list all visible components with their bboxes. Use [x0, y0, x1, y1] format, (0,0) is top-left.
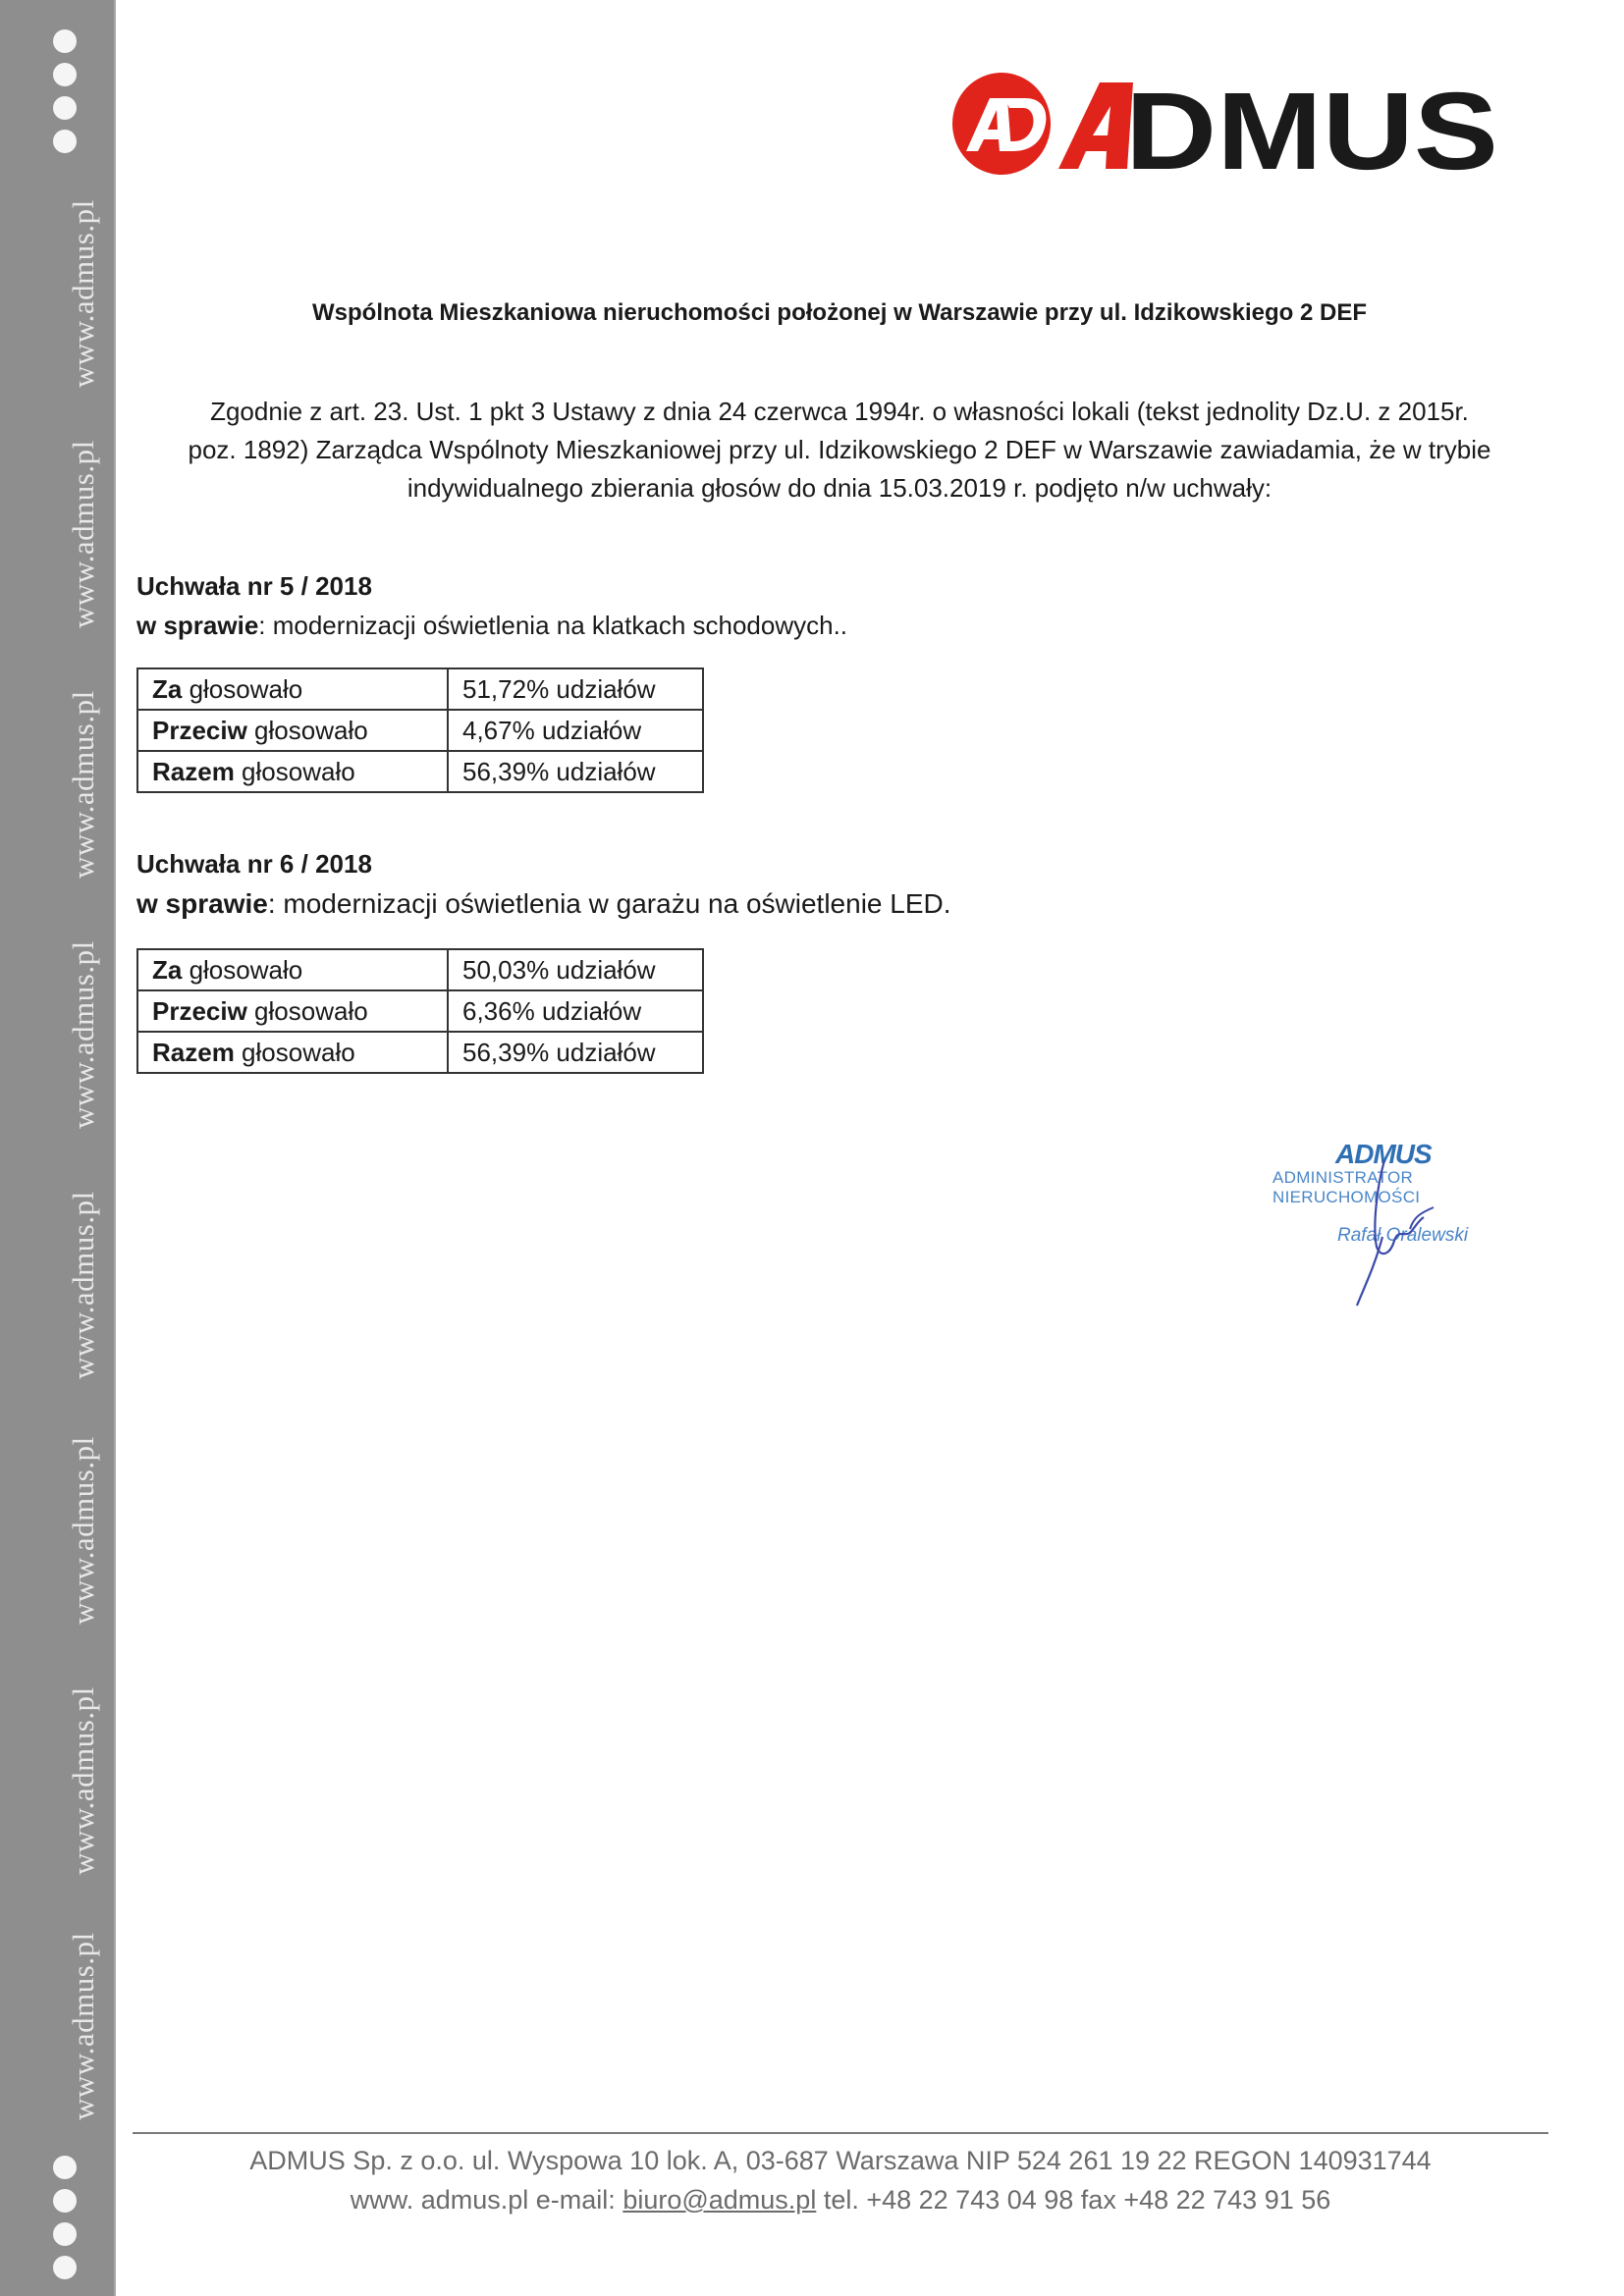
table-row: Razem głosowało 56,39% udziałów [137, 751, 703, 792]
table-row: Za głosowało 51,72% udziałów [137, 668, 703, 710]
table-row: Razem głosowało 56,39% udziałów [137, 1032, 703, 1073]
vote-value: 50,03% udziałów [448, 949, 703, 990]
table-row: Za głosowało 50,03% udziałów [137, 949, 703, 990]
dot-icon [53, 29, 77, 53]
dot-icon [53, 2156, 77, 2179]
table-row: Przeciw głosowało 6,36% udziałów [137, 990, 703, 1032]
subject-label: w sprawie [136, 888, 268, 919]
vote-value: 6,36% udziałów [448, 990, 703, 1032]
admus-logo-icon: DMUS [950, 71, 1500, 177]
footer-contact: www. admus.pl e-mail: biuro@admus.pl tel… [133, 2185, 1548, 2216]
sidebar-watermark: www.admus.pl [66, 1932, 101, 2120]
vote-label: Razem głosowało [137, 751, 448, 792]
votes-table: Za głosowało 50,03% udziałów Przeciw gło… [136, 948, 704, 1074]
subject-label: w sprawie [136, 611, 258, 640]
footer-divider [133, 2132, 1548, 2134]
subject-text: : modernizacji oświetlenia w garażu na o… [268, 888, 951, 919]
dot-icon [53, 130, 77, 153]
sidebar-watermark: www.admus.pl [66, 690, 101, 879]
dots-decoration-bottom [53, 2156, 79, 2279]
sidebar-watermark: www.admus.pl [66, 1686, 101, 1875]
footer-address: ADMUS Sp. z o.o. ul. Wyspowa 10 lok. A, … [133, 2146, 1548, 2176]
sidebar-watermark: www.admus.pl [66, 940, 101, 1129]
admus-logo: DMUS [950, 71, 1500, 177]
votes-table: Za głosowało 51,72% udziałów Przeciw gło… [136, 667, 704, 793]
sidebar-watermark: www.admus.pl [66, 199, 101, 388]
sidebar-watermark: www.admus.pl [66, 1436, 101, 1625]
vote-label: Przeciw głosowało [137, 990, 448, 1032]
dot-icon [53, 2189, 77, 2213]
vote-label: Przeciw głosowało [137, 710, 448, 751]
intro-line: Zgodnie z art. 23. Ust. 1 pkt 3 Ustawy z… [133, 393, 1546, 431]
dot-icon [53, 2222, 77, 2246]
document-intro: Zgodnie z art. 23. Ust. 1 pkt 3 Ustawy z… [133, 393, 1546, 507]
vote-label: Razem głosowało [137, 1032, 448, 1073]
company-stamp: ADMUS ADMINISTRATOR NIERUCHOMOŚCI Rafał … [1267, 1139, 1561, 1315]
resolution-subject: w sprawie: modernizacji oświetlenia w ga… [136, 888, 951, 920]
table-row: Przeciw głosowało 4,67% udziałów [137, 710, 703, 751]
vote-value: 51,72% udziałów [448, 668, 703, 710]
decorative-sidebar: www.admus.pl www.admus.pl www.admus.pl w… [0, 0, 116, 2296]
dot-icon [53, 96, 77, 120]
intro-line: poz. 1892) Zarządca Wspólnoty Mieszkanio… [133, 431, 1546, 469]
intro-line: indywidualnego zbierania głosów do dnia … [133, 469, 1546, 507]
vote-label: Za głosowało [137, 668, 448, 710]
email-link[interactable]: biuro@admus.pl [623, 2185, 816, 2215]
signature-icon [1267, 1139, 1561, 1315]
vote-label: Za głosowało [137, 949, 448, 990]
resolution-title: Uchwała nr 5 / 2018 [136, 571, 372, 602]
subject-text: : modernizacji oświetlenia na klatkach s… [258, 611, 847, 640]
sidebar-watermark: www.admus.pl [66, 440, 101, 628]
vote-value: 56,39% udziałów [448, 751, 703, 792]
resolution-title: Uchwała nr 6 / 2018 [136, 849, 372, 880]
vote-value: 56,39% udziałów [448, 1032, 703, 1073]
dot-icon [53, 2256, 77, 2279]
svg-text:DMUS: DMUS [1125, 71, 1498, 177]
sidebar-watermark: www.admus.pl [66, 1191, 101, 1379]
document-title: Wspólnota Mieszkaniowa nieruchomości poł… [128, 299, 1551, 327]
dot-icon [53, 63, 77, 86]
resolution-subject: w sprawie: modernizacji oświetlenia na k… [136, 611, 847, 641]
vote-value: 4,67% udziałów [448, 710, 703, 751]
dots-decoration-top [53, 29, 79, 153]
